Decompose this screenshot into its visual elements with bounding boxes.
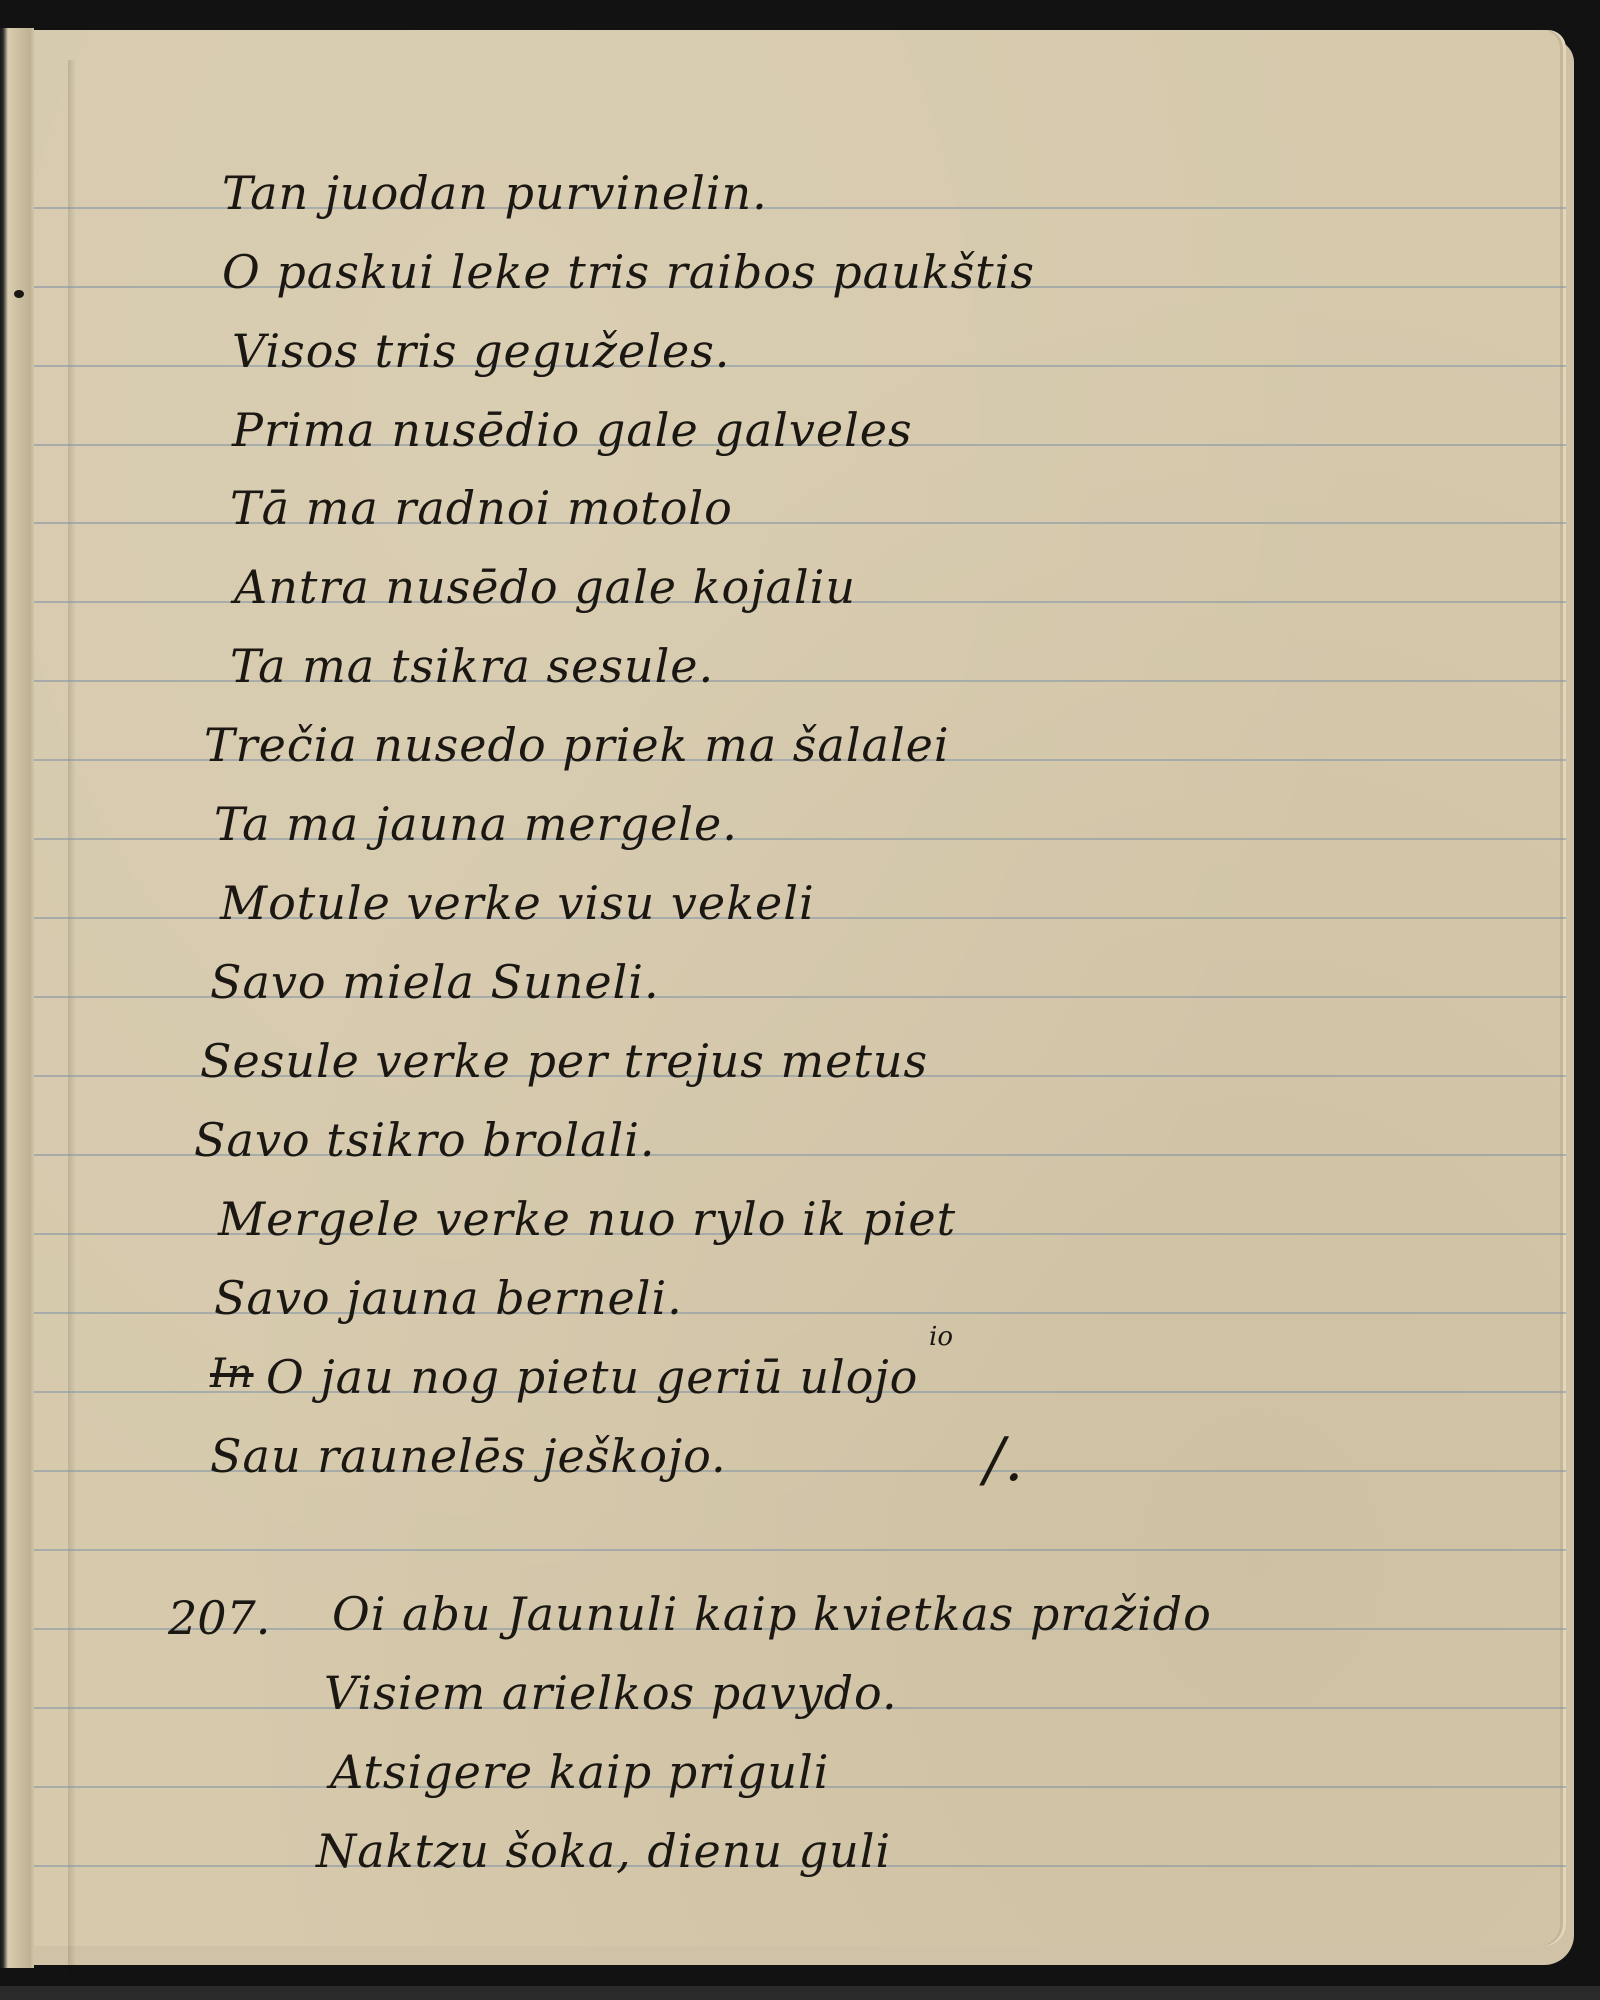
song-line-12: Sesule verke per trejus metus	[200, 1038, 928, 1084]
song-line-15: Savo jauna berneli.	[214, 1275, 683, 1321]
entry-207-line-2: Visiem arielkos pavydo.	[324, 1670, 898, 1716]
song-line-13: Savo tsikro brolali.	[194, 1117, 656, 1163]
song-line-3: Visos tris geguželes.	[232, 328, 730, 374]
entry-207-line-4: Naktzu šoka, dienu guli	[316, 1828, 891, 1874]
notebook-spine	[0, 28, 34, 1968]
notebook-page: Tan juodan purvinelin. O paskui leke tri…	[34, 30, 1566, 1946]
song-line-7: Ta ma tsikra sesule.	[230, 643, 714, 689]
end-of-song-mark: /.	[984, 1425, 1023, 1495]
scan-bottom-strip	[0, 1986, 1600, 2000]
song-line-1: Tan juodan purvinelin.	[222, 170, 768, 216]
song-line-10: Motule verke visu vekeli	[220, 880, 815, 926]
entry-207-line-1: Oi abu Jaunuli kaip kvietkas pražido	[332, 1591, 1212, 1637]
song-line-11: Savo miela Suneli.	[210, 959, 660, 1005]
interlinear-insertion: io	[929, 1322, 953, 1352]
ruled-line	[34, 1549, 1566, 1551]
song-line-6: Antra nusēdo gale kojaliu	[234, 564, 856, 610]
page-gutter-shadow	[68, 60, 76, 1976]
song-line-2: O paskui leke tris raibos paukštis	[222, 249, 1035, 295]
song-line-5: Tā ma radnoi motolo	[230, 485, 733, 531]
song-line-9: Ta ma jauna mergele.	[214, 801, 738, 847]
entry-number: 207.	[168, 1591, 270, 1645]
song-line-8: Trečia nusedo priek ma šalalei	[204, 722, 950, 768]
song-line-16: O jau nog pietu geriū ulojo	[266, 1354, 918, 1400]
entry-207-line-3: Atsigere kaip priguli	[330, 1749, 829, 1795]
struck-prefix: In	[210, 1354, 254, 1394]
song-line-14: Mergele verke nuo rylo ik piet	[218, 1196, 956, 1242]
binding-mark	[14, 290, 24, 298]
song-line-17: Sau raunelēs ješkojo.	[210, 1433, 727, 1479]
song-line-4: Prima nusēdio gale galveles	[232, 407, 913, 453]
